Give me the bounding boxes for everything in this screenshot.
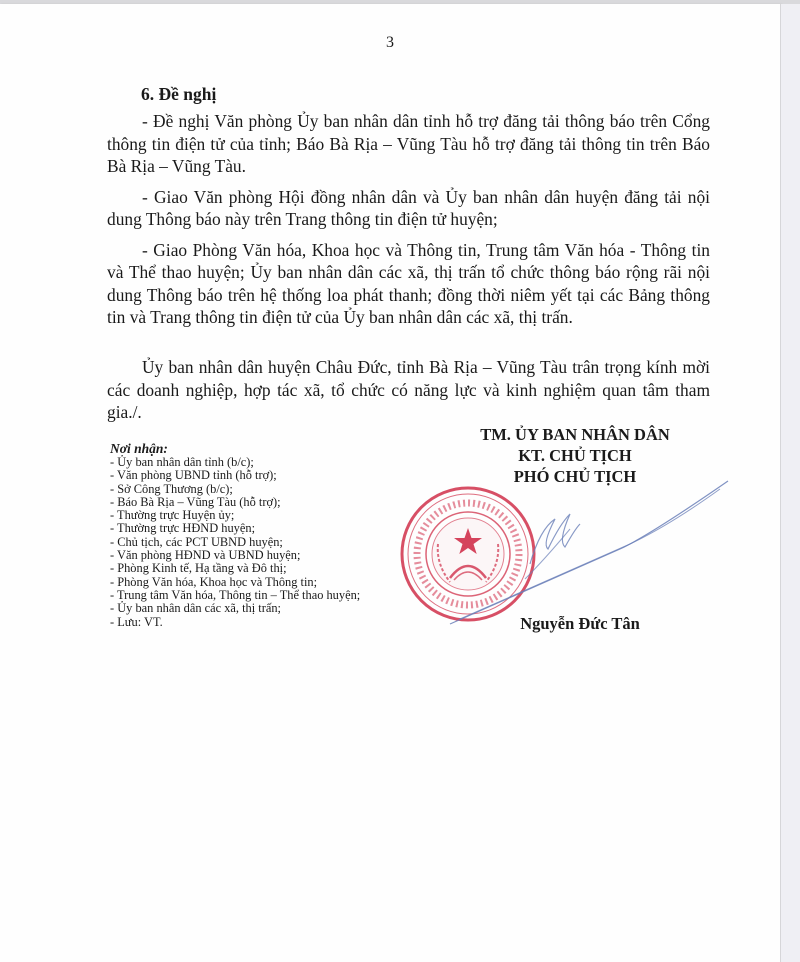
- recipient-item: - Trung tâm Văn hóa, Thông tin – Thể tha…: [110, 589, 410, 602]
- recipient-item: - Thường trực Huyện ủy;: [110, 509, 410, 522]
- recipient-item: - Báo Bà Rịa – Vũng Tàu (hỗ trợ);: [110, 496, 410, 509]
- signer-line-2: KT. CHỦ TỊCH: [425, 445, 725, 466]
- section-title: 6. Đề nghị: [141, 84, 216, 105]
- paragraph: - Đề nghị Văn phòng Ủy ban nhân dân tỉnh…: [107, 110, 710, 178]
- recipient-item: - Thường trực HĐND huyện;: [110, 522, 410, 535]
- recipients-title: Nơi nhận:: [110, 442, 410, 456]
- recipient-item: - Chủ tịch, các PCT UBND huyện;: [110, 536, 410, 549]
- recipient-item: - Sở Công Thương (b/c);: [110, 483, 410, 496]
- recipient-item: - Văn phòng UBND tỉnh (hỗ trợ);: [110, 469, 410, 482]
- recipient-item: - Ủy ban nhân dân các xã, thị trấn;: [110, 602, 410, 615]
- recipient-item: - Phòng Kinh tế, Hạ tầng và Đô thị;: [110, 562, 410, 575]
- paragraph: - Giao Phòng Văn hóa, Khoa học và Thông …: [107, 239, 710, 329]
- page-number: 3: [0, 34, 780, 52]
- recipient-item: - Ủy ban nhân dân tỉnh (b/c);: [110, 456, 410, 469]
- recipient-item: - Phòng Văn hóa, Khoa học và Thông tin;: [110, 576, 410, 589]
- paragraph: - Giao Văn phòng Hội đồng nhân dân và Ủy…: [107, 186, 710, 231]
- viewer-side-panel: [781, 4, 800, 962]
- signer-name: Nguyễn Đức Tân: [460, 614, 700, 634]
- section-body: - Đề nghị Văn phòng Ủy ban nhân dân tỉnh…: [107, 110, 710, 337]
- recipients-list: Nơi nhận: - Ủy ban nhân dân tỉnh (b/c); …: [110, 442, 410, 629]
- closing-paragraph-block: Ủy ban nhân dân huyện Châu Đức, tỉnh Bà …: [107, 356, 710, 432]
- recipient-item: - Lưu: VT.: [110, 616, 410, 629]
- recipient-item: - Văn phòng HĐND và UBND huyện;: [110, 549, 410, 562]
- document-page: 3 6. Đề nghị - Đề nghị Văn phòng Ủy ban …: [0, 4, 781, 962]
- closing-paragraph: Ủy ban nhân dân huyện Châu Đức, tỉnh Bà …: [107, 356, 710, 424]
- signature-icon: [430, 469, 730, 629]
- signer-line-1: TM. ỦY BAN NHÂN DÂN: [425, 424, 725, 445]
